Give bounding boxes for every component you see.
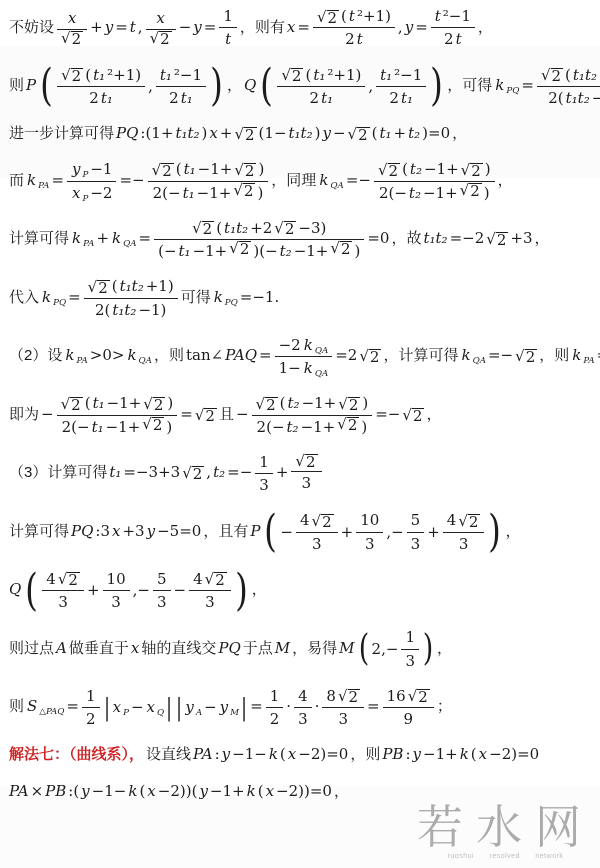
subscripted-var: kPQ: [41, 287, 66, 307]
math-line: （2）设kPA>0>kQA，则tan∠PAQ=−2kQA1−kQA=2√2，计算…: [8, 335, 592, 379]
numerator: 5: [153, 569, 171, 591]
radical-icon: √: [359, 349, 369, 366]
denominator: 2(−t₁−1+√2): [57, 416, 178, 437]
radical-icon: √: [515, 349, 525, 366]
numerator: t²−1: [431, 6, 475, 28]
math-var: x: [131, 639, 139, 657]
subscript: QA: [315, 369, 328, 381]
math-var: y: [413, 745, 421, 763]
text-run: （3）计算可得: [9, 464, 107, 481]
math-run: =−: [227, 463, 252, 481]
fraction: √2(t²+1)2t: [313, 6, 395, 50]
text-run: ，: [498, 172, 513, 189]
math-var: y: [193, 18, 201, 36]
radical-icon: √: [338, 689, 348, 706]
paren-group: (√2(t₁²+1)2t₁,t₁²−12t₁): [38, 65, 225, 109]
math-var: t₁: [181, 88, 193, 108]
math-run: 16: [387, 686, 406, 706]
math-var: y: [222, 745, 230, 763]
math-run: 8: [326, 686, 336, 706]
sqrt: √2: [58, 572, 80, 589]
denominator: 2: [266, 708, 284, 729]
radicand: 2: [243, 183, 256, 200]
numerator: √2(t₁²+1): [277, 65, 365, 87]
fraction: √2(t₂−1+√2)2(−t₂−1+√2): [252, 393, 373, 437]
math-run: (: [85, 65, 91, 85]
math-var: x: [68, 8, 76, 28]
math-run: +: [220, 124, 233, 142]
math-var: k: [27, 170, 36, 190]
math-run: =−: [119, 171, 144, 189]
denominator: t: [219, 28, 237, 49]
math-run: 2: [89, 88, 99, 108]
math-var: PB: [45, 782, 66, 800]
fraction: √2(t₁²+1)2t₁: [57, 65, 145, 109]
radical-icon: √: [337, 417, 347, 434]
numerator: √2(t₁t₂+2√2−3): [154, 218, 364, 240]
text-run: ，同理: [271, 172, 316, 189]
math-run: ): [167, 393, 173, 413]
fraction: 4√23: [443, 510, 485, 554]
math-run: ²−1: [174, 65, 202, 85]
math-var: S: [27, 696, 37, 716]
fraction: √2(t₁−1+√2)2(−t₁−1+√2): [57, 393, 178, 437]
radical-icon: √: [312, 514, 322, 531]
math-run: ,: [138, 18, 143, 36]
radicand: 2: [327, 10, 340, 27]
subscript: PQ: [225, 298, 238, 310]
math-var: y: [220, 697, 228, 717]
subscripted-var: yA: [184, 697, 202, 717]
math-run: −1: [90, 159, 112, 179]
math-run: =: [250, 697, 263, 715]
math-run: −2: [90, 183, 112, 203]
text-run: ，: [505, 523, 520, 540]
math-run: (−: [158, 241, 176, 261]
denominator: 2t₁: [277, 87, 365, 108]
math-run: :: [215, 745, 220, 763]
math-run: ,−: [133, 580, 150, 600]
math-run: ): [257, 183, 263, 203]
fraction: √23: [291, 454, 321, 494]
math-run: −: [131, 697, 144, 717]
math-run: +3: [122, 522, 144, 540]
math-run: +1): [146, 276, 174, 296]
denominator: 3: [42, 591, 84, 612]
math-run: ,−: [386, 522, 403, 542]
math-var: y: [405, 18, 413, 36]
numerator: √2(t₁t₂+1): [84, 276, 178, 298]
radicand: 2: [470, 163, 483, 180]
fraction: √2(t₁t₂+2√2−3)(−t₁−1+√2)(−t₂−1+√2): [154, 218, 364, 262]
math-run: (: [112, 276, 118, 296]
math-run: 1−: [279, 358, 301, 378]
math-var: k: [214, 287, 223, 307]
math-var: t: [225, 29, 231, 49]
math-run: =: [51, 171, 64, 189]
denominator: 2t₁: [376, 87, 426, 108]
math-run: =: [66, 697, 79, 715]
paren-content: yA−yM: [183, 697, 240, 717]
math-run: (: [216, 218, 222, 238]
sqrt: √2: [61, 31, 83, 48]
math-run: −: [174, 580, 187, 600]
math-run: ,: [148, 76, 153, 96]
subscripted-var: kQA: [318, 170, 344, 190]
radicand: 2: [214, 572, 227, 589]
radical-icon: √: [192, 221, 202, 238]
math-run: =: [115, 18, 128, 36]
radical-icon: √: [150, 31, 160, 48]
radicand: 2: [469, 183, 482, 200]
math-var: t₁: [321, 88, 333, 108]
radicand: 2: [67, 572, 80, 589]
math-var: k: [304, 358, 313, 378]
sqrt: √2: [312, 514, 334, 531]
math-run: −1+: [193, 241, 228, 261]
sqrt: √2: [143, 397, 165, 414]
math-run: 3: [298, 709, 308, 729]
denominator: 3: [103, 591, 130, 612]
math-run: 2(−: [379, 183, 407, 203]
math-run: ·: [286, 697, 291, 715]
numerator: x: [146, 8, 176, 30]
text-run: 设直线: [146, 746, 191, 763]
denominator: √2: [57, 30, 87, 48]
paren-group: |xP−xQ|: [103, 697, 174, 717]
numerator: 4√2: [189, 569, 231, 591]
numerator: √2(t₂−1+√2): [252, 393, 373, 415]
text-run: 计算可得: [9, 230, 69, 247]
math-var: t₁: [401, 88, 413, 108]
math-var: t₂: [408, 124, 420, 142]
sqrt: √2: [295, 454, 317, 471]
math-var: Q: [244, 76, 256, 94]
numerator: 4√2: [443, 510, 485, 532]
math-run: +: [427, 522, 440, 542]
radical-icon: √: [152, 163, 162, 180]
fraction: t²−12t: [431, 6, 475, 50]
numerator: 1: [82, 686, 100, 708]
math-line: 代入kPQ=√2(t₁t₂+1)2(t₁t₂−1)可得kPQ=−1.: [8, 276, 592, 320]
text-run: ，则有: [240, 19, 285, 36]
math-run: −1+: [423, 745, 458, 763]
math-run: =−1.: [240, 288, 279, 306]
subscripted-var: kPA: [64, 345, 87, 365]
math-run: −: [280, 522, 293, 542]
math-var: t₁: [313, 65, 325, 85]
sqrt: √2: [152, 163, 174, 180]
math-run: =: [521, 76, 534, 94]
math-var: x: [209, 124, 217, 142]
math-var: t₂: [280, 241, 292, 261]
text-run: ，则: [154, 347, 184, 364]
math-run: )(−: [253, 241, 277, 261]
math-run: +: [90, 18, 103, 36]
math-run: =: [68, 288, 81, 306]
denominator: 2t₁: [156, 87, 206, 108]
math-line: 进一步计算可得PQ:(1+t₁t₂)x+√2(1−t₁t₂)y−√2(t₁+t₂…: [8, 123, 592, 144]
text-run: ；: [437, 698, 452, 715]
sqrt: √2: [378, 163, 400, 180]
subscripted-var: S△PAQ: [26, 696, 64, 716]
numerator: √2(t²+1): [313, 6, 395, 28]
text-run: ，则: [539, 347, 569, 364]
sqrt: √2: [330, 241, 352, 258]
radicand: 2: [97, 280, 110, 297]
math-run: −1+: [294, 241, 329, 261]
math-run: 3: [365, 534, 375, 554]
radicand: 2: [412, 408, 425, 425]
numerator: 1: [219, 6, 237, 28]
math-run: (: [139, 782, 145, 800]
math-run: (: [280, 393, 286, 413]
sqrt: √2: [486, 232, 508, 249]
fraction: yP−1xP−2: [67, 159, 116, 203]
math-run: =−3+3: [123, 463, 180, 481]
numerator: 1: [266, 686, 284, 708]
text-run: 则过点: [9, 640, 54, 657]
math-run: ×: [31, 782, 44, 800]
radicand: 2: [348, 689, 361, 706]
math-run: 3: [411, 534, 421, 554]
math-var: x: [72, 183, 80, 203]
denominator: 3: [443, 533, 485, 554]
math-run: +: [276, 463, 289, 481]
sqrt: √2: [182, 466, 204, 483]
math-run: =−: [488, 346, 513, 364]
math-var: t₁: [179, 241, 191, 261]
radicand: 2: [239, 241, 252, 258]
math-var: k: [112, 228, 121, 248]
math-var: t₁t₂: [566, 88, 590, 108]
math-run: +3: [510, 229, 532, 247]
math-run: :(1+: [140, 124, 173, 142]
math-run: 1: [223, 6, 233, 26]
sqrt: √2: [192, 221, 214, 238]
sqrt: √2: [408, 689, 430, 706]
math-run: ,: [398, 18, 403, 36]
subscript: A: [196, 708, 202, 720]
math-run: 4: [447, 510, 457, 530]
math-run: 3: [111, 592, 121, 612]
math-run: (: [402, 159, 408, 179]
math-run: −2)=0: [298, 745, 348, 763]
numerator: −2kQA: [275, 335, 333, 357]
sqrt: √2: [234, 163, 256, 180]
fraction: t₁²−12t₁: [376, 65, 426, 109]
radical-icon: √: [461, 163, 471, 180]
denominator: (−t₁−1+√2)(−t₂−1+√2): [154, 240, 364, 261]
math-run: (1−: [259, 124, 287, 142]
denominator: √2: [146, 30, 176, 48]
numerator: √2: [291, 454, 321, 473]
math-run: 4: [46, 569, 56, 589]
math-run: −: [333, 124, 346, 142]
sqrt: √2: [150, 31, 172, 48]
math-var: PAQ: [225, 346, 257, 364]
math-run: 5: [157, 569, 167, 589]
numerator: √2(t₁−1+√2): [57, 393, 178, 415]
math-run: 3: [157, 592, 167, 612]
sqrt: √2: [256, 397, 278, 414]
math-run: =0: [367, 229, 389, 247]
denominator: 3: [291, 472, 321, 493]
subscript: QA: [473, 357, 486, 369]
numerator: 10: [356, 510, 383, 532]
sqrt: √2: [195, 408, 217, 425]
math-run: ,: [206, 463, 211, 481]
text-run: 轴的直线交: [141, 640, 216, 657]
radicand: 2: [291, 68, 304, 85]
radical-icon: √: [348, 127, 358, 144]
radical-icon: √: [234, 163, 244, 180]
math-run: ): [202, 124, 208, 142]
subscripted-var: kPA: [571, 345, 594, 365]
radicand: 2: [347, 417, 360, 434]
paren-group: (4√23+103,−53−4√23): [23, 569, 249, 613]
math-run: ²+1): [327, 65, 361, 85]
fraction: 12: [82, 686, 100, 730]
math-var: y: [72, 159, 80, 179]
text-run: ，且有: [203, 523, 248, 540]
subscript: PA: [76, 357, 87, 369]
denominator: xP−2: [67, 182, 116, 203]
radical-icon: √: [256, 397, 266, 414]
radicand: 2: [357, 127, 370, 144]
math-run: tan∠: [186, 346, 223, 364]
radicand: 2: [265, 397, 278, 414]
math-run: 5: [411, 510, 421, 530]
math-solution-content: 不妨设x√2+y=t,x√2−y=1t，则有x=√2(t²+1)2t,y=t²−…: [8, 6, 592, 802]
radicand: 2: [70, 397, 83, 414]
radical-icon: √: [458, 514, 468, 531]
math-run: ): [485, 159, 491, 179]
text-run: ，: [227, 77, 242, 94]
text-run: ，: [252, 581, 267, 598]
numerator: √2(t₁²+1): [57, 65, 145, 87]
document-page: 不妨设x√2+y=t,x√2−y=1t，则有x=√2(t²+1)2t,y=t²−…: [0, 0, 600, 802]
denominator: 2: [82, 708, 100, 729]
fraction: 13: [401, 627, 419, 671]
radical-icon: √: [61, 397, 71, 414]
radicand: 2: [305, 454, 318, 471]
math-run: (: [305, 65, 311, 85]
fraction: 43: [294, 686, 312, 730]
denominator: 3: [407, 533, 425, 554]
math-run: 3: [338, 709, 348, 729]
math-run: −2)=0: [489, 745, 539, 763]
math-run: 2: [444, 29, 454, 49]
math-line: 计算可得PQ:3x+3y−5=0，且有P(−4√23+103,−53+4√23)…: [8, 510, 592, 554]
math-run: −1): [592, 88, 600, 108]
math-run: −1+: [210, 782, 245, 800]
math-var: A: [56, 639, 67, 657]
math-run: 9: [403, 709, 413, 729]
sqrt: √2: [205, 572, 227, 589]
math-var: y: [105, 18, 113, 36]
math-run: −2))=0: [276, 782, 332, 800]
math-run: ²−1: [443, 6, 471, 26]
math-run: (: [565, 65, 571, 85]
radical-icon: √: [58, 572, 68, 589]
math-run: 1: [86, 686, 96, 706]
paren-content: √2(t₁²+1)2t₁,t₁²−12t₁: [55, 65, 208, 109]
math-run: =: [415, 18, 428, 36]
radicand: 2: [192, 466, 205, 483]
math-var: k: [72, 228, 81, 248]
math-run: 3: [312, 534, 322, 554]
radical-icon: √: [234, 127, 244, 144]
radicand: 2: [159, 31, 172, 48]
text-run: 可得: [181, 289, 211, 306]
math-run: :3: [95, 522, 110, 540]
radical-icon: √: [143, 397, 153, 414]
text-run: （2）设: [9, 347, 62, 364]
math-run: 2: [86, 709, 96, 729]
math-run: 2(: [95, 300, 110, 320]
math-run: (: [471, 745, 477, 763]
section-heading: 解法七：（曲线系），: [9, 746, 144, 763]
math-var: x: [288, 745, 296, 763]
subscripted-var: kQA: [111, 228, 137, 248]
math-run: −1): [138, 300, 166, 320]
denominator: 2(−t₁−1+√2): [148, 182, 269, 203]
text-run: ，: [334, 783, 349, 800]
sqrt: √2: [461, 163, 483, 180]
fraction: x√2: [57, 8, 87, 48]
text-run: 则: [9, 698, 24, 715]
math-var: PQ: [71, 522, 93, 540]
denominator: 2t: [313, 28, 395, 49]
watermark-text: 若水网: [417, 803, 594, 851]
math-run: 2: [169, 88, 179, 108]
math-var: t: [349, 6, 355, 26]
math-var: PB: [382, 745, 403, 763]
text-run: ，: [452, 125, 467, 142]
math-var: M: [275, 639, 290, 657]
subscript: QA: [123, 240, 136, 252]
math-var: k: [572, 345, 581, 365]
text-run: 即为: [9, 406, 39, 423]
math-run: 2,−: [372, 639, 399, 659]
radicand: 2: [244, 163, 257, 180]
radicand: 2: [369, 349, 382, 366]
paren-content: √2(t₁²+1)2t₁,t₁²−12t₁: [275, 65, 428, 109]
subscript: PA: [83, 240, 94, 252]
math-run: 4: [298, 686, 308, 706]
math-run: 4: [300, 510, 310, 530]
math-var: y: [185, 697, 193, 717]
math-var: k: [65, 345, 74, 365]
math-run: −1−: [232, 745, 267, 763]
math-run: ): [354, 241, 360, 261]
denominator: 3: [189, 591, 231, 612]
sqrt: √2: [515, 349, 537, 366]
text-run: ，易得: [292, 640, 337, 657]
math-var: t₂: [409, 183, 421, 203]
math-var: t₂: [213, 463, 225, 481]
radical-icon: √: [142, 417, 152, 434]
math-run: +: [341, 522, 354, 542]
math-var: t₁: [380, 65, 392, 85]
math-run: )=0: [422, 124, 450, 142]
radical-icon: √: [195, 408, 205, 425]
text-run: 则: [9, 77, 24, 94]
math-var: t₁: [109, 463, 121, 481]
math-var: t₂: [288, 393, 300, 413]
radicand: 2: [525, 349, 538, 366]
